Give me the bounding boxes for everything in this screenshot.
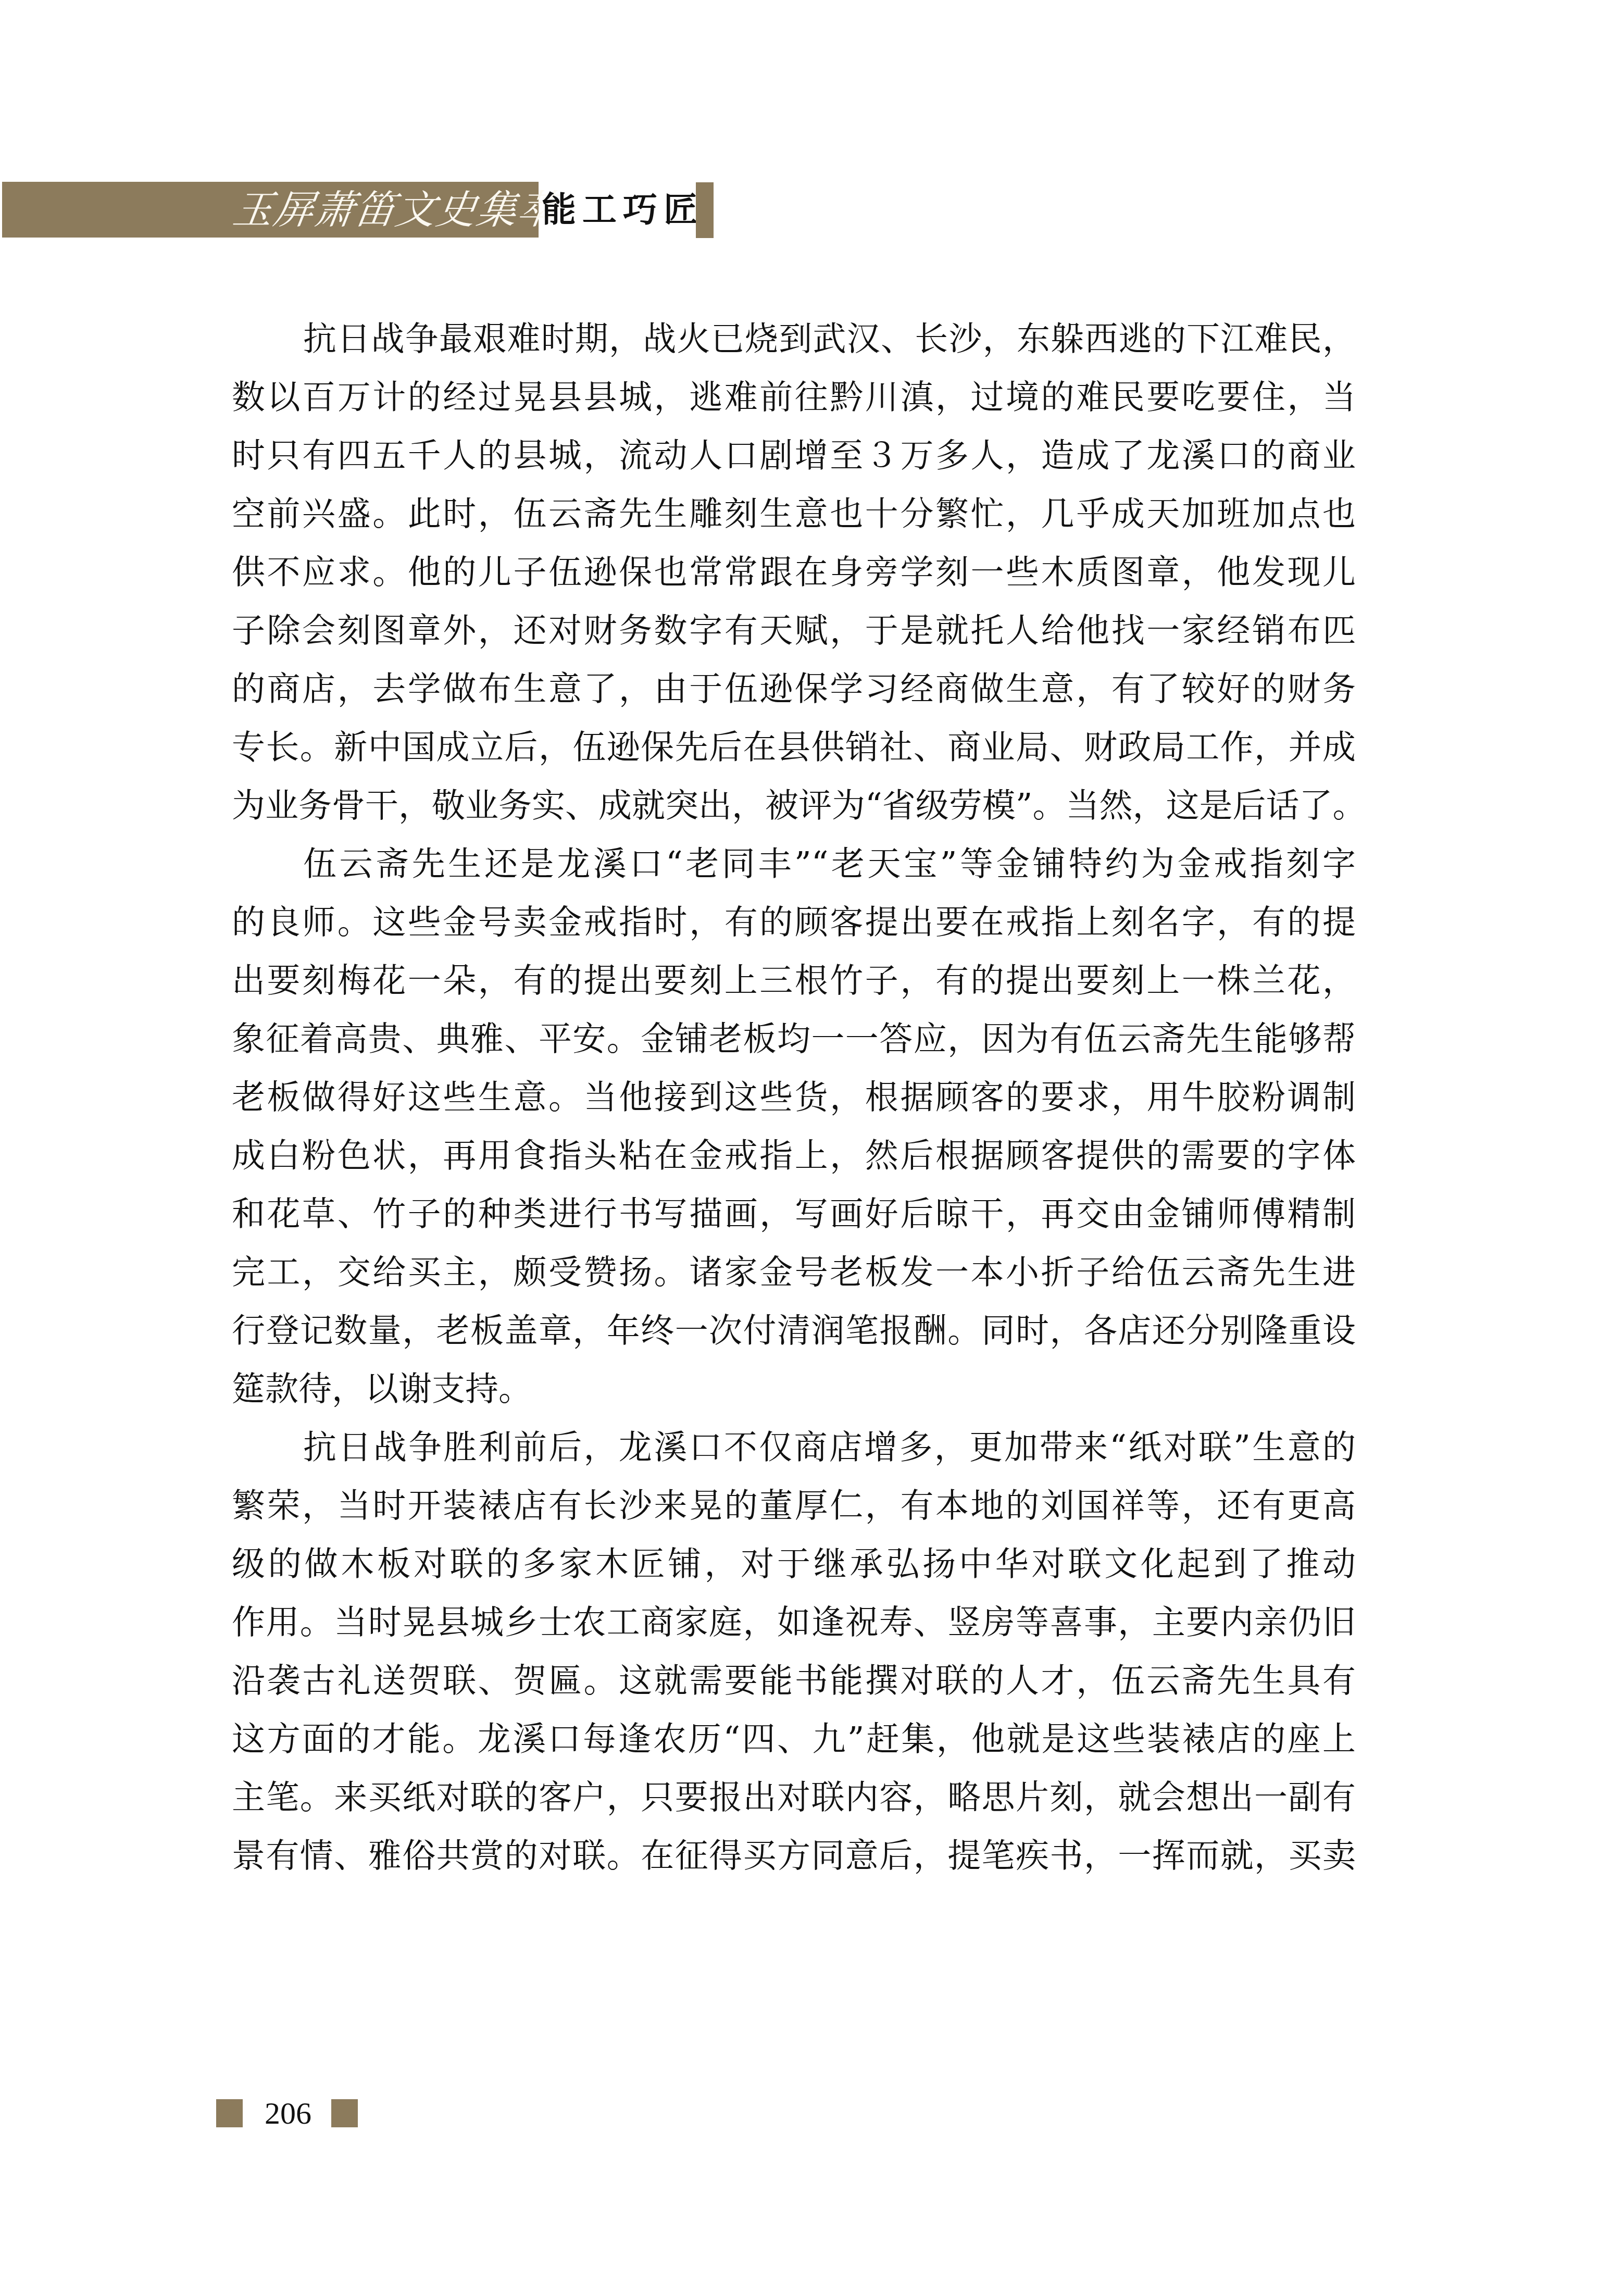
paragraph: 伍云斋先生还是龙溪口“老同丰”“老天宝”等金铺特约为金戒指刻字 的良师。这些金号…: [232, 835, 1356, 1418]
section-title: 能工巧匠: [542, 182, 694, 238]
text-line: 老板做得好这些生意。当他接到这些货，根据顾客的要求，用牛胶粉调制: [232, 1068, 1356, 1127]
text-line: 伍云斋先生还是龙溪口“老同丰”“老天宝”等金铺特约为金戒指刻字: [232, 835, 1356, 893]
text-line: 象征着高贵、典雅、平安。金铺老板均一一答应，因为有伍云斋先生能够帮: [232, 1010, 1356, 1068]
text-line: 行登记数量，老板盖章，年终一次付清润笔报酬。同时，各店还分别隆重设: [232, 1302, 1356, 1360]
text-line: 专长。新中国成立后，伍逊保先后在县供销社、商业局、财政局工作，并成: [232, 718, 1356, 777]
text-line: 空前兴盛。此时，伍云斋先生雕刻生意也十分繁忙，几乎成天加班加点也: [232, 485, 1356, 543]
text-line: 完工，交给买主，颇受赞扬。诸家金号老板发一本小折子给伍云斋先生进: [232, 1243, 1356, 1302]
text-line: 供不应求。他的儿子伍逊保也常常跟在身旁学刻一些木质图章，他发现儿: [232, 543, 1356, 602]
text-line: 繁荣，当时开装裱店有长沙来晃的董厚仁，有本地的刘国祥等，还有更高: [232, 1477, 1356, 1535]
header-end-bar: [696, 182, 714, 238]
page-number: 206: [259, 2093, 317, 2134]
text-line: 成白粉色状，再用食指头粘在金戒指上，然后根据顾客提供的需要的字体: [232, 1127, 1356, 1185]
text-line: 抗日战争最艰难时期，战火已烧到武汉、长沙，东躲西逃的下江难民，: [232, 310, 1356, 368]
article-body: 抗日战争最艰难时期，战火已烧到武汉、长沙，东躲西逃的下江难民， 数以百万计的经过…: [232, 310, 1356, 1885]
text-line: 主笔。来买纸对联的客户，只要报出对联内容，略思片刻，就会想出一副有: [232, 1768, 1356, 1827]
text-line: 和花草、竹子的种类进行书写描画，写画好后晾干，再交由金铺师傅精制: [232, 1185, 1356, 1243]
header-band: 玉屏萧笛文史集萃: [2, 182, 539, 238]
text-line: 出要刻梅花一朵，有的提出要刻上三根竹子，有的提出要刻上一株兰花，: [232, 952, 1356, 1010]
text-line: 沿袭古礼送贺联、贺匾。这就需要能书能撰对联的人才，伍云斋先生具有: [232, 1652, 1356, 1710]
text-line: 抗日战争胜利前后，龙溪口不仅商店增多，更加带来“纸对联”生意的: [232, 1418, 1356, 1477]
text-line: 时只有四五千人的县城，流动人口剧增至３万多人，造成了龙溪口的商业: [232, 427, 1356, 485]
paragraph: 抗日战争胜利前后，龙溪口不仅商店增多，更加带来“纸对联”生意的 繁荣，当时开装裱…: [232, 1418, 1356, 1885]
text-line: 的商店，去学做布生意了，由于伍逊保学习经商做生意，有了较好的财务: [232, 660, 1356, 718]
text-line: 数以百万计的经过晃县县城，逃难前往黔川滇，过境的难民要吃要住，当: [232, 368, 1356, 427]
text-line: 为业务骨干，敬业务实、成就突出，被评为“省级劳模”。当然，这是后话了。: [232, 777, 1356, 835]
footer-square-right-icon: [331, 2099, 358, 2127]
text-line: 级的做木板对联的多家木匠铺，对于继承弘扬中华对联文化起到了推动: [232, 1535, 1356, 1593]
text-line: 筵款待，以谢支持。: [232, 1360, 1356, 1418]
text-line: 作用。当时晃县城乡士农工商家庭，如逢祝寿、竖房等喜事，主要内亲仍旧: [232, 1593, 1356, 1652]
text-line: 的良师。这些金号卖金戒指时，有的顾客提出要在戒指上刻名字，有的提: [232, 893, 1356, 952]
text-line: 这方面的才能。龙溪口每逢农历“四、九”赶集，他就是这些装裱店的座上: [232, 1710, 1356, 1768]
text-line: 景有情、雅俗共赏的对联。在征得买方同意后，提笔疾书，一挥而就，买卖: [232, 1827, 1356, 1885]
footer-square-left-icon: [216, 2099, 243, 2127]
paragraph: 抗日战争最艰难时期，战火已烧到武汉、长沙，东躲西逃的下江难民， 数以百万计的经过…: [232, 310, 1356, 835]
series-title: 玉屏萧笛文史集萃: [229, 182, 539, 238]
text-line: 子除会刻图章外，还对财务数字有天赋，于是就托人给他找一家经销布匹: [232, 602, 1356, 660]
